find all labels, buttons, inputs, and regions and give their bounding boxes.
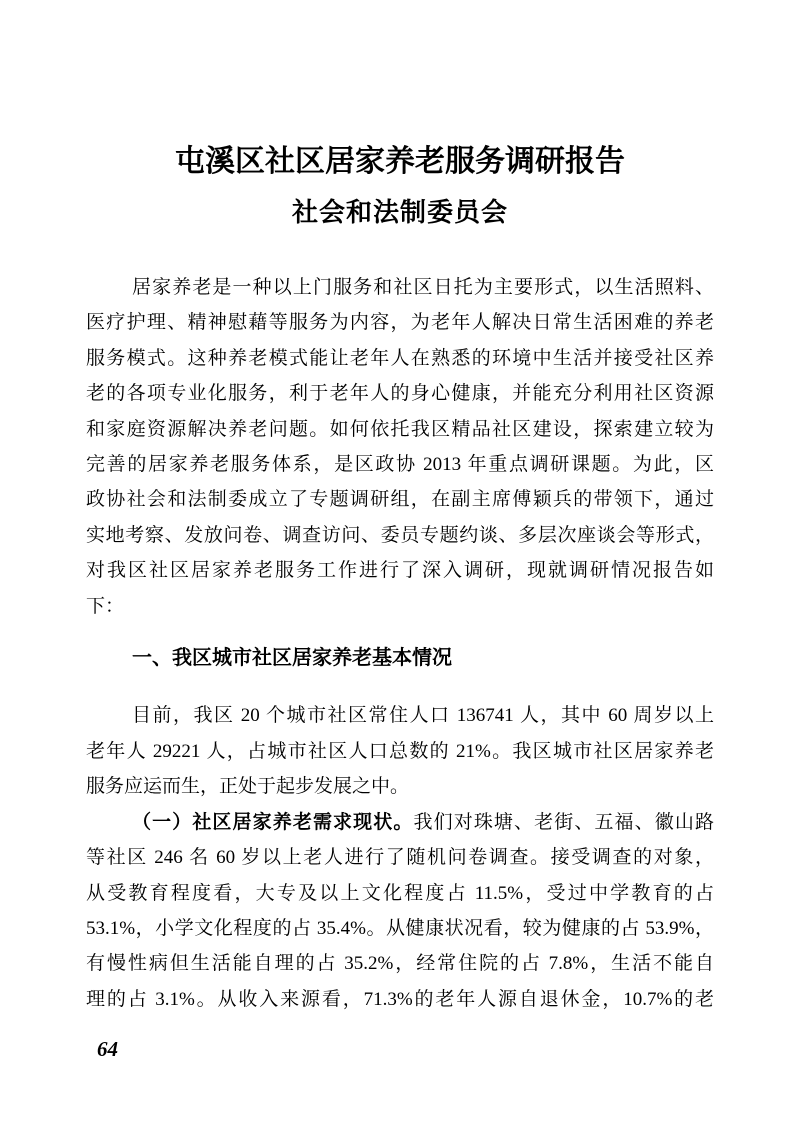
- text-line: 完善的居家养老服务体系，是区政协 2013 年重点调研课题。为此，区: [86, 447, 714, 482]
- document-page: 屯溪区社区居家养老服务调研报告 社会和法制委员会 居家养老是一种以上门服务和社区…: [0, 0, 803, 1133]
- section-heading: 一、我区城市社区居家养老基本情况: [86, 641, 714, 676]
- body-text: 医疗护理、精神慰藉等服务为内容，为老年人解决日常生活困难的养老: [86, 312, 714, 333]
- document-author-committee: 社会和法制委员会: [86, 196, 714, 230]
- bold-lead-text: （一）社区居家养老需求现状。: [132, 812, 414, 833]
- text-line: 下：: [86, 589, 714, 624]
- body-text: 目前，我区 20 个城市社区常住人口 136741 人，其中 60 周岁以上: [132, 705, 714, 726]
- body-text: 完善的居家养老服务体系，是区政协 2013 年重点调研课题。为此，区: [86, 454, 714, 475]
- text-line: 理的占 3.1%。从收入来源看，71.3%的老年人源自退休金，10.7%的老: [86, 982, 714, 1017]
- body-text: 服务模式。这种养老模式能让老年人在熟悉的环境中生活并接受社区养: [86, 348, 714, 369]
- body-text: 居家养老是一种以上门服务和社区日托为主要形式，以生活照料、: [132, 277, 714, 298]
- text-line: （一）社区居家养老需求现状。我们对珠塘、老街、五福、徽山路: [86, 805, 714, 840]
- text-line: 政协社会和法制委成立了专题调研组，在副主席傅颖兵的带领下，通过: [86, 482, 714, 517]
- text-line: 老年人 29221 人，占城市社区人口总数的 21%。我区城市社区居家养老: [86, 734, 714, 769]
- text-line: 等社区 246 名 60 岁以上老人进行了随机问卷调查。接受调查的对象，: [86, 840, 714, 875]
- paragraph: 目前，我区 20 个城市社区常住人口 136741 人，其中 60 周岁以上老年…: [86, 698, 714, 804]
- document-body: 居家养老是一种以上门服务和社区日托为主要形式，以生活照料、医疗护理、精神慰藉等服…: [86, 270, 714, 1017]
- text-line: 和家庭资源解决养老问题。如何依托我区精品社区建设，探索建立较为: [86, 412, 714, 447]
- body-text: 我们对珠塘、老街、五福、徽山路: [414, 812, 715, 833]
- body-text: 实地考察、发放问卷、调查访问、委员专题约谈、多层次座谈会等形式，: [86, 525, 714, 546]
- body-text: 下：: [86, 596, 124, 617]
- text-line: 老的各项专业化服务，利于老年人的身心健康，并能充分利用社区资源: [86, 376, 714, 411]
- body-text: 老年人 29221 人，占城市社区人口总数的 21%。我区城市社区居家养老: [86, 741, 714, 762]
- body-text: 从受教育程度看，大专及以上文化程度占 11.5%，受过中学教育的占: [86, 883, 714, 904]
- text-line: 有慢性病但生活能自理的占 35.2%，经常住院的占 7.8%，生活不能自: [86, 946, 714, 981]
- text-line: 对我区社区居家养老服务工作进行了深入调研，现就调研情况报告如: [86, 553, 714, 588]
- text-line: 医疗护理、精神慰藉等服务为内容，为老年人解决日常生活困难的养老: [86, 305, 714, 340]
- text-line: 目前，我区 20 个城市社区常住人口 136741 人，其中 60 周岁以上: [86, 698, 714, 733]
- body-text: 服务应运而生，正处于起步发展之中。: [86, 776, 409, 797]
- text-line: 服务应运而生，正处于起步发展之中。: [86, 769, 714, 804]
- text-line: 53.1%，小学文化程度的占 35.4%。从健康状况看，较为健康的占 53.9%…: [86, 911, 714, 946]
- body-text: 对我区社区居家养老服务工作进行了深入调研，现就调研情况报告如: [86, 560, 714, 581]
- body-text: 53.1%，小学文化程度的占 35.4%。从健康状况看，较为健康的占 53.9%…: [86, 918, 714, 939]
- body-text: 老的各项专业化服务，利于老年人的身心健康，并能充分利用社区资源: [86, 383, 714, 404]
- text-line: 服务模式。这种养老模式能让老年人在熟悉的环境中生活并接受社区养: [86, 341, 714, 376]
- paragraph: （一）社区居家养老需求现状。我们对珠塘、老街、五福、徽山路等社区 246 名 6…: [86, 805, 714, 1017]
- paragraph: 居家养老是一种以上门服务和社区日托为主要形式，以生活照料、医疗护理、精神慰藉等服…: [86, 270, 714, 624]
- document-content: 屯溪区社区居家养老服务调研报告 社会和法制委员会 居家养老是一种以上门服务和社区…: [86, 0, 714, 1017]
- text-line: 居家养老是一种以上门服务和社区日托为主要形式，以生活照料、: [86, 270, 714, 305]
- body-text: 等社区 246 名 60 岁以上老人进行了随机问卷调查。接受调查的对象，: [86, 847, 714, 868]
- page-number: 64: [97, 1034, 118, 1064]
- text-line: 从受教育程度看，大专及以上文化程度占 11.5%，受过中学教育的占: [86, 876, 714, 911]
- text-line: 实地考察、发放问卷、调查访问、委员专题约谈、多层次座谈会等形式，: [86, 518, 714, 553]
- body-text: 政协社会和法制委成立了专题调研组，在副主席傅颖兵的带领下，通过: [86, 489, 714, 510]
- body-text: 有慢性病但生活能自理的占 35.2%，经常住院的占 7.8%，生活不能自: [86, 953, 714, 974]
- body-text: 和家庭资源解决养老问题。如何依托我区精品社区建设，探索建立较为: [86, 419, 714, 440]
- body-text: 理的占 3.1%。从收入来源看，71.3%的老年人源自退休金，10.7%的老: [86, 989, 714, 1010]
- document-title: 屯溪区社区居家养老服务调研报告: [86, 140, 714, 184]
